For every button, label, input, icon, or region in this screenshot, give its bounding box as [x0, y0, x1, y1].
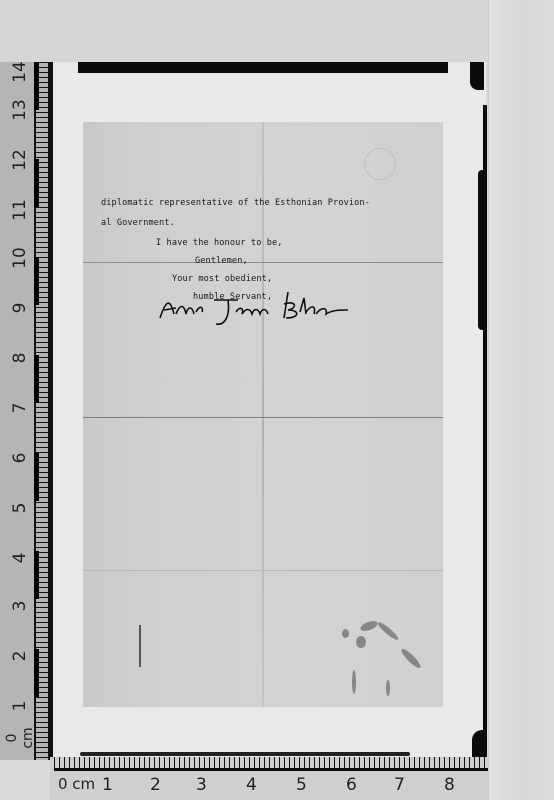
- ruler-bar: [34, 551, 39, 599]
- ruler-tick-label: 2: [10, 642, 30, 670]
- mount-bottom-right-corner: [472, 730, 486, 758]
- stain-mark: [386, 680, 390, 696]
- horizontal-ruler: 0 cm 1 2 3 4 5 6 7 8: [50, 757, 488, 800]
- embossed-seal: [364, 148, 396, 180]
- horizontal-fold-line: [83, 570, 443, 571]
- mount-bottom-edge: [80, 752, 410, 756]
- ruler-tick-label: 6: [10, 444, 30, 472]
- ruler-bar: [34, 62, 39, 110]
- ruler-tick-label: 6: [346, 775, 357, 795]
- ruler-tick-label: 11: [10, 196, 30, 224]
- stain-mark: [352, 670, 356, 694]
- margin-mark: [139, 625, 141, 667]
- ruler-bar: [34, 453, 39, 501]
- ruler-unit-label: 0 cm: [4, 724, 36, 752]
- ruler-tick-label: 8: [10, 344, 30, 372]
- ruler-tick-label: 1: [102, 775, 113, 795]
- ruler-tick-label: 5: [296, 775, 307, 795]
- mount-right-edge-shadow: [478, 170, 486, 330]
- ruler-bar: [34, 355, 39, 403]
- stain-mark: [342, 629, 349, 638]
- letter-line: diplomatic representative of the Esthoni…: [101, 198, 370, 208]
- ruler-tick-label: 4: [246, 775, 257, 795]
- vertical-ruler: 14 13 12 11 10 9 8 7 6 5 4 3 2 1 0 cm: [0, 62, 50, 760]
- ruler-tick-label: 14: [10, 58, 30, 86]
- ruler-tick-label: 12: [10, 146, 30, 174]
- ruler-bar: [34, 257, 39, 305]
- ruler-bar: [34, 159, 39, 207]
- ruler-tick-label: 7: [394, 775, 405, 795]
- salutation-line: Gentlemen,: [195, 256, 248, 266]
- horizontal-fold-line: [83, 262, 443, 263]
- ruler-unit-label: 0 cm: [58, 775, 95, 793]
- closing-line: Your most obedient,: [172, 274, 272, 284]
- ruler-scale: [54, 757, 488, 771]
- mount-top-right-corner: [470, 62, 484, 90]
- ruler-bar: [34, 649, 39, 697]
- scanner-right-strip: [488, 0, 554, 800]
- ruler-tick-label: 1: [10, 692, 30, 720]
- mount-top-edge: [78, 62, 448, 73]
- ruler-tick-label: 13: [10, 96, 30, 124]
- ruler-tick-label: 2: [150, 775, 161, 795]
- ruler-tick-label: 4: [10, 544, 30, 572]
- ruler-tick-label: 5: [10, 494, 30, 522]
- ruler-tick-label: 10: [10, 244, 30, 272]
- scanner-top-strip: [0, 0, 554, 62]
- vertical-fold-line: [262, 122, 264, 707]
- ruler-tick-label: 8: [444, 775, 455, 795]
- ruler-tick-label: 3: [10, 592, 30, 620]
- horizontal-fold-line: [83, 417, 443, 418]
- ruler-tick-label: 9: [10, 294, 30, 322]
- stain-mark: [356, 636, 366, 648]
- ruler-tick-label: 3: [196, 775, 207, 795]
- mount-left-edge: [50, 62, 53, 758]
- handwritten-signature: [156, 290, 356, 330]
- closing-line: I have the honour to be,: [156, 238, 283, 248]
- ruler-tick-label: 7: [10, 394, 30, 422]
- letter-line: al Government.: [101, 218, 175, 228]
